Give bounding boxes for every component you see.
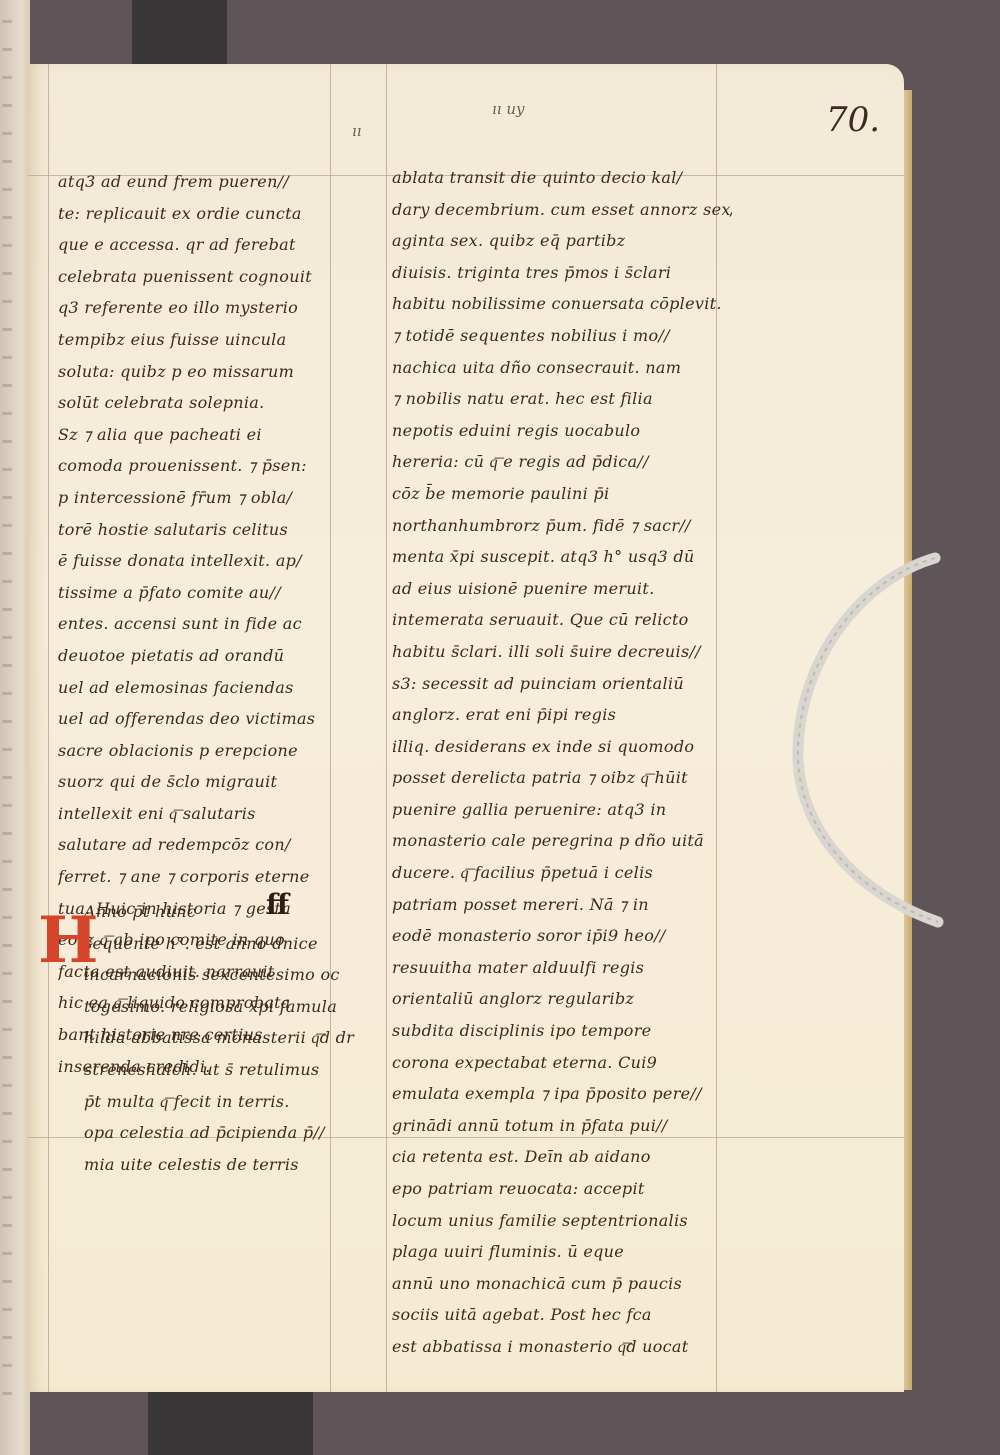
text-line: entes. accensi sunt in fide ac [58, 608, 358, 640]
facing-page-ghost-text [2, 328, 12, 331]
facing-page-ghost-text [2, 48, 12, 51]
facing-page-ghost-text [2, 132, 12, 135]
facing-page-ghost-text [2, 1084, 12, 1087]
text-line: orientaliū anglorz regularibz [392, 983, 732, 1015]
text-line: uel ad offerendas deo victimas [58, 703, 358, 735]
facing-page-ghost-text [2, 860, 12, 863]
facing-page-ghost-text [2, 1280, 12, 1283]
facing-page-ghost-text [2, 664, 12, 667]
facing-page-ghost-text [2, 188, 12, 191]
facing-page-ghost-text [2, 720, 12, 723]
text-line: ⁊ totidē sequentes nobilius i mo// [392, 320, 732, 352]
facing-page-ghost-text [2, 1224, 12, 1227]
facing-page-ghost-text [2, 552, 12, 555]
facing-page-ghost-text [2, 972, 12, 975]
facing-page-ghost-text [2, 1028, 12, 1031]
text-line: grinādi annū totum in p̄fata pui// [392, 1110, 732, 1142]
text-line: solūt celebrata solepnia. [58, 387, 358, 419]
text-line: patriam posset mereri. Nā ⁊ in [392, 889, 732, 921]
text-line: ē fuisse donata intellexit. ap/ [58, 545, 358, 577]
facing-page-ghost-text [2, 272, 12, 275]
text-line: aginta sex. quibz eq̄ partibz [392, 225, 732, 257]
text-line: habitu s̄clari. illi soli s̄uire decreui… [392, 636, 732, 668]
text-line: tissime a p̄fato comite au// [58, 577, 358, 609]
pencil-mark: ıı uy [492, 100, 525, 118]
red-initial: H [38, 908, 84, 974]
facing-page-ghost-text [2, 1168, 12, 1171]
facing-page-ghost-text [2, 1252, 12, 1255]
text-line: locum unius familie septentrionalis [392, 1205, 732, 1237]
text-line: hilda abbatissa monasterii q͞d dr [84, 1022, 360, 1054]
facing-page-ghost-text [2, 244, 12, 247]
facing-page-ghost-text [2, 636, 12, 639]
text-line: Anno p̄t hunc [84, 896, 360, 928]
facing-page-ghost-text [2, 1196, 12, 1199]
text-line: celebrata puenissent cognouit [58, 261, 358, 293]
facing-page-ghost-text [2, 1056, 12, 1059]
text-line: dary decembrium. cum esset annorz sex// [392, 194, 732, 226]
text-line: torē hostie salutaris celitus [58, 514, 358, 546]
text-line: p̄t multa q͞ fecit in terris. [84, 1086, 360, 1118]
text-line: que e accessa. qr ad ferebat [58, 229, 358, 261]
text-line: monasterio cale peregrina p dño uitā [392, 825, 732, 857]
facing-page-ghost-text [2, 1364, 12, 1367]
text-line: streneshalch. ut s̄ retulimus [84, 1054, 360, 1086]
text-line: illiq. desiderans ex inde si quomodo [392, 731, 732, 763]
text-line: corona expectabat eterna. Cui9 [392, 1047, 732, 1079]
text-line: anglorz. erat eni p̄ipi regis [392, 699, 732, 731]
text-line: intellexit eni q͞ salutaris [58, 798, 358, 830]
facing-page-ghost-text [2, 1308, 12, 1311]
facing-page-ghost-text [2, 832, 12, 835]
text-line: ad eius uisionē puenire meruit. [392, 573, 732, 605]
facing-page-ghost-text [2, 1112, 12, 1115]
text-line: incarnacionis sexcentesimo oc [84, 959, 360, 991]
text-line: sequente h°. est anno dnice [84, 928, 360, 960]
facing-page-edge [0, 0, 30, 1455]
facing-page-ghost-text [2, 1000, 12, 1003]
facing-page-ghost-text [2, 496, 12, 499]
facing-page-ghost-text [2, 412, 12, 415]
facing-page-ghost-text [2, 1392, 12, 1395]
text-line: hereria: cū q͞ e regis ad p̄dica// [392, 446, 732, 478]
text-line: salutare ad redempcōz con/ [58, 829, 358, 861]
text-line: sociis uitā agebat. Post hec fca [392, 1299, 732, 1331]
text-line: subdita disciplinis ipo tempore [392, 1015, 732, 1047]
text-line: est abbatissa i monasterio q͞d uocat [392, 1331, 732, 1363]
facing-page-ghost-text [2, 468, 12, 471]
text-line: northanhumbrorz p̄um. fidē ⁊ sacr// [392, 510, 732, 542]
facing-page-ghost-text [2, 440, 12, 443]
facing-page-ghost-text [2, 804, 12, 807]
text-line: ⁊ nobilis natu erat. hec est filia [392, 383, 732, 415]
facing-page-ghost-text [2, 160, 12, 163]
text-line: menta x̄pi suscepit. atq3 h° usq3 dū [392, 541, 732, 573]
foam-support-top [132, 0, 227, 70]
text-line: soluta: quibz p eo missarum [58, 356, 358, 388]
text-line: ferret. ⁊ ane ⁊ corporis eterne [58, 861, 358, 893]
ruling-line [48, 64, 49, 1392]
facing-page-ghost-text [2, 300, 12, 303]
text-line: epo patriam reuocata: accepit [392, 1173, 732, 1205]
text-line: suorz qui de s̄clo migrauit [58, 766, 358, 798]
text-line: habitu nobilissime conuersata cōplevit. [392, 288, 732, 320]
text-line: ducere. q͞ facilius p̄petuā i celis [392, 857, 732, 889]
facing-page-ghost-text [2, 608, 12, 611]
text-line: tempibz eius fuisse uincula [58, 324, 358, 356]
text-line: uel ad elemosinas faciendas [58, 672, 358, 704]
facing-page-ghost-text [2, 580, 12, 583]
text-line: annū uno monachicā cum p̄ paucis [392, 1268, 732, 1300]
text-line: opa celestia ad p̄cipienda p̄// [84, 1117, 360, 1149]
text-line: emulata exempla ⁊ ipa p̄posito pere// [392, 1078, 732, 1110]
facing-page-ghost-text [2, 776, 12, 779]
text-line: mia uite celestis de terris [84, 1149, 360, 1181]
pencil-mark: ıı [352, 122, 362, 140]
facing-page-ghost-text [2, 888, 12, 891]
facing-page-ghost-text [2, 524, 12, 527]
facing-page-ghost-text [2, 104, 12, 107]
facing-page-ghost-text [2, 916, 12, 919]
text-line: atq3 ad eund frem pueren// [58, 166, 358, 198]
text-line: deuotoe pietatis ad orandū [58, 640, 358, 672]
text-line: Sz ⁊ alia que pacheati ei [58, 419, 358, 451]
text-line: p intercessionē fr̄um ⁊ obla/ [58, 482, 358, 514]
text-line: nepotis eduini regis uocabulo [392, 415, 732, 447]
facing-page-ghost-text [2, 76, 12, 79]
page-tie-string [780, 550, 955, 930]
text-line: posset derelicta patria ⁊ oibz q͞ hūit [392, 762, 732, 794]
text-line: nachica uita dño consecrauit. nam [392, 352, 732, 384]
facing-page-ghost-text [2, 748, 12, 751]
text-line: cōz b̄e memorie paulini p̄i [392, 478, 732, 510]
text-line: te: replicauit ex ordie cuncta [58, 198, 358, 230]
facing-page-ghost-text [2, 692, 12, 695]
text-line: eodē monasterio soror ip̄i9 heo// [392, 920, 732, 952]
right-column-text: ablata transit die quinto decio kal/dary… [392, 162, 732, 1363]
text-line: diuisis. triginta tres p̄mos i s̄clari [392, 257, 732, 289]
left-column-continued-text: Anno p̄t huncsequente h°. est anno dnice… [84, 896, 360, 1180]
text-line: cia retenta est. Deīn ab aidano [392, 1141, 732, 1173]
ruling-line [386, 64, 387, 1392]
text-line: s3: secessit ad puinciam orientaliū [392, 668, 732, 700]
facing-page-ghost-text [2, 356, 12, 359]
text-line: resuuitha mater alduulfi regis [392, 952, 732, 984]
facing-page-ghost-text [2, 216, 12, 219]
folio-number: 70. [826, 100, 880, 140]
text-line: ablata transit die quinto decio kal/ [392, 162, 732, 194]
facing-page-ghost-text [2, 1336, 12, 1339]
text-line: sacre oblacionis p erepcione [58, 735, 358, 767]
facing-page-ghost-text [2, 944, 12, 947]
text-line: intemerata seruauit. Que cū relicto [392, 604, 732, 636]
marginal-mark: ff [266, 888, 289, 921]
text-line: plaga uuiri fluminis. ū eque [392, 1236, 732, 1268]
text-line: q3 referente eo illo mysterio [58, 292, 358, 324]
facing-page-ghost-text [2, 384, 12, 387]
text-line: comoda prouenissent. ⁊ p̄sen: [58, 450, 358, 482]
text-line: puenire gallia peruenire: atq3 in [392, 794, 732, 826]
facing-page-ghost-text [2, 1140, 12, 1143]
text-line: togesimo. religiosa x̄pi famula [84, 991, 360, 1023]
facing-page-ghost-text [2, 20, 12, 23]
